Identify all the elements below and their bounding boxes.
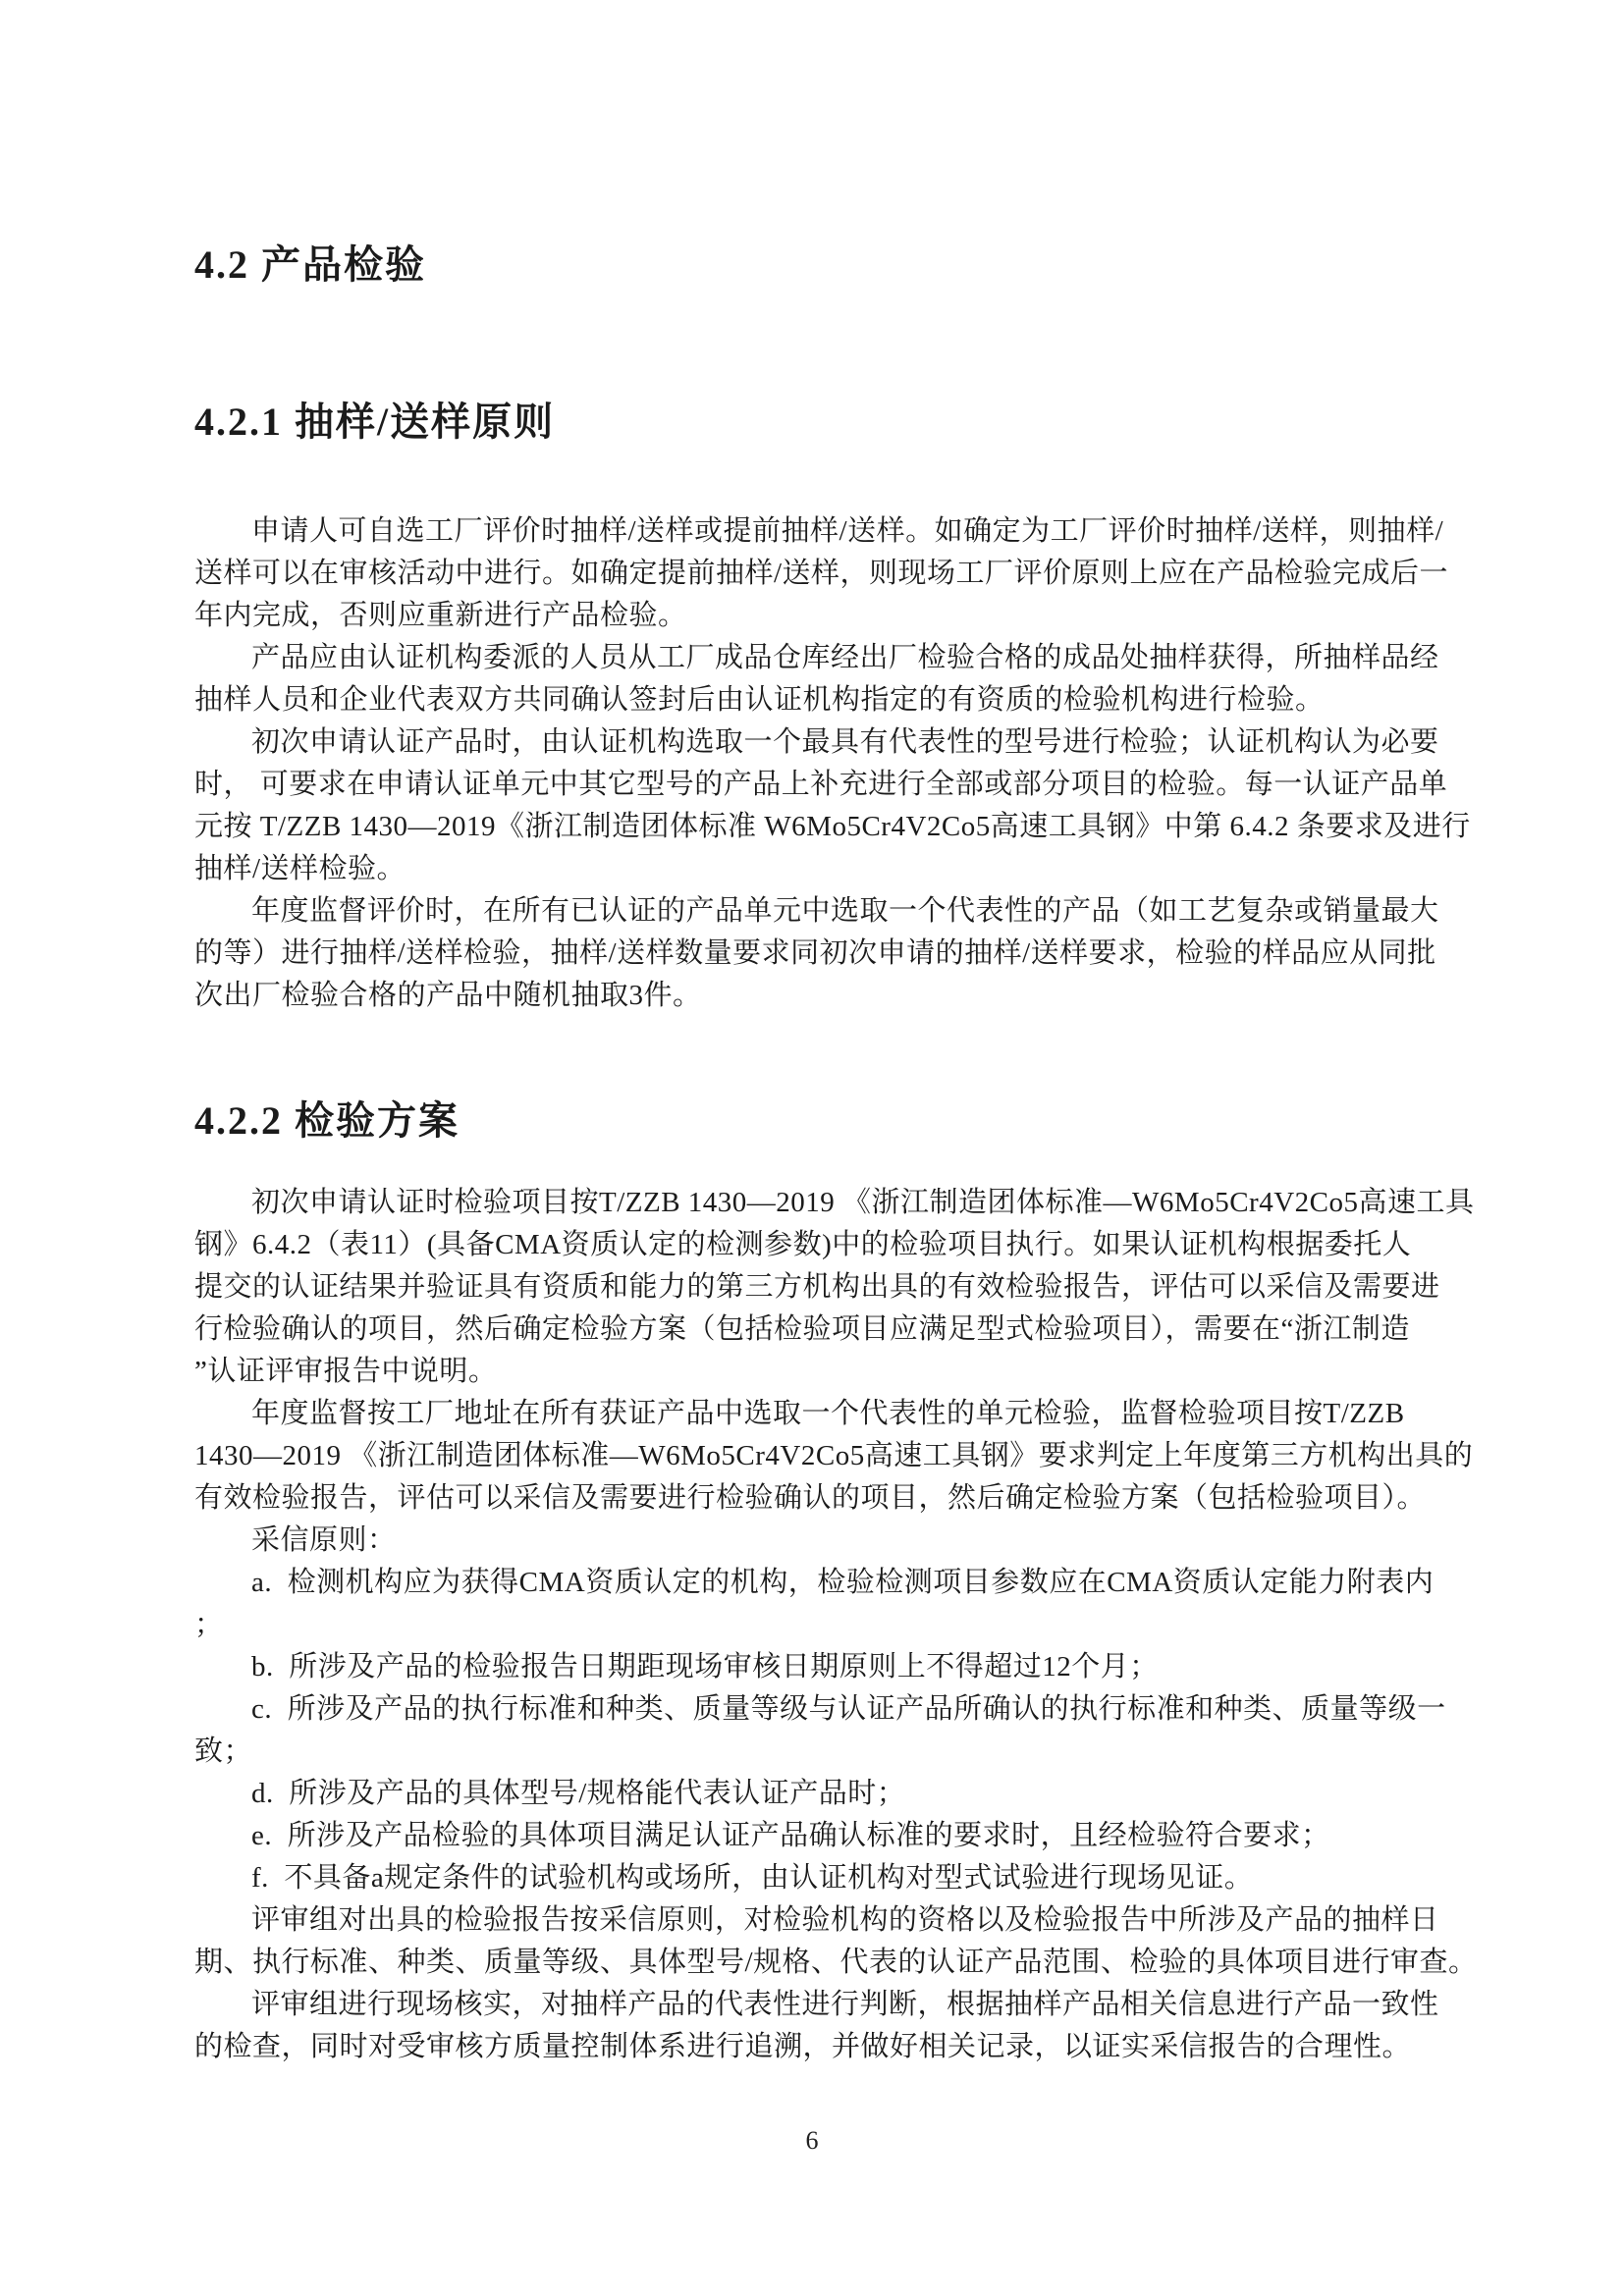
section-heading-4-2-2: 4.2.2 检验方案: [194, 1097, 1471, 1145]
section-4-2-2-body: 初次申请认证时检验项目按T/ZZB 1430—2019 《浙江制造团体标准—W6…: [194, 1182, 1471, 2068]
paragraph-sampling-principle-4: 年度监督评价时，在所有已认证的产品单元中选取一个代表性的产品（如工艺复杂或销量最…: [194, 890, 1471, 1017]
list-item-d: d. 所涉及产品的具体型号/规格能代表认证产品时；: [194, 1773, 1471, 1815]
paragraph-inspection-plan-2: 年度监督按工厂地址在所有获证产品中选取一个代表性的单元检验，监督检验项目按T/Z…: [194, 1393, 1471, 1520]
list-item-e: e. 所涉及产品检验的具体项目满足认证产品确认标准的要求时，且经检验符合要求；: [194, 1815, 1471, 1857]
section-4-2-1-body: 申请人可自选工厂评价时抽样/送样或提前抽样/送样。如确定为工厂评价时抽样/送样，…: [194, 510, 1471, 1017]
document-content: 4.2 产品检验 4.2.1 抽样/送样原则 申请人可自选工厂评价时抽样/送样或…: [194, 0, 1471, 2068]
section-heading-4-2-1: 4.2.1 抽样/送样原则: [194, 399, 1471, 446]
list-item-a: a. 检测机构应为获得CMA资质认定的机构，检验检测项目参数应在CMA资质认定能…: [194, 1562, 1471, 1646]
paragraph-inspection-plan-1: 初次申请认证时检验项目按T/ZZB 1430—2019 《浙江制造团体标准—W6…: [194, 1182, 1471, 1393]
paragraph-review-team-report: 评审组对出具的检验报告按采信原则，对检验机构的资格以及检验报告中所涉及产品的抽样…: [194, 1899, 1471, 1984]
paragraph-review-team-onsite: 评审组进行现场核实，对抽样产品的代表性进行判断，根据抽样产品相关信息进行产品一致…: [194, 1984, 1471, 2068]
list-item-f: f. 不具备a规定条件的试验机构或场所，由认证机构对型式试验进行现场见证。: [194, 1857, 1471, 1899]
document-page: 4.2 产品检验 4.2.1 抽样/送样原则 申请人可自选工厂评价时抽样/送样或…: [0, 0, 1624, 2296]
paragraph-sampling-principle-2: 产品应由认证机构委派的人员从工厂成品仓库经出厂检验合格的成品处抽样获得，所抽样品…: [194, 637, 1471, 721]
paragraph-adoption-principles-label: 采信原则：: [194, 1520, 1471, 1562]
paragraph-sampling-principle-1: 申请人可自选工厂评价时抽样/送样或提前抽样/送样。如确定为工厂评价时抽样/送样，…: [194, 510, 1471, 637]
list-item-b: b. 所涉及产品的检验报告日期距现场审核日期原则上不得超过12个月；: [194, 1646, 1471, 1688]
section-heading-4-2: 4.2 产品检验: [194, 241, 1471, 289]
paragraph-sampling-principle-3: 初次申请认证产品时，由认证机构选取一个最具有代表性的型号进行检验；认证机构认为必…: [194, 721, 1471, 890]
page-number: 6: [0, 2126, 1624, 2156]
list-item-c: c. 所涉及产品的执行标准和种类、质量等级与认证产品所确认的执行标准和种类、质量…: [194, 1688, 1471, 1773]
